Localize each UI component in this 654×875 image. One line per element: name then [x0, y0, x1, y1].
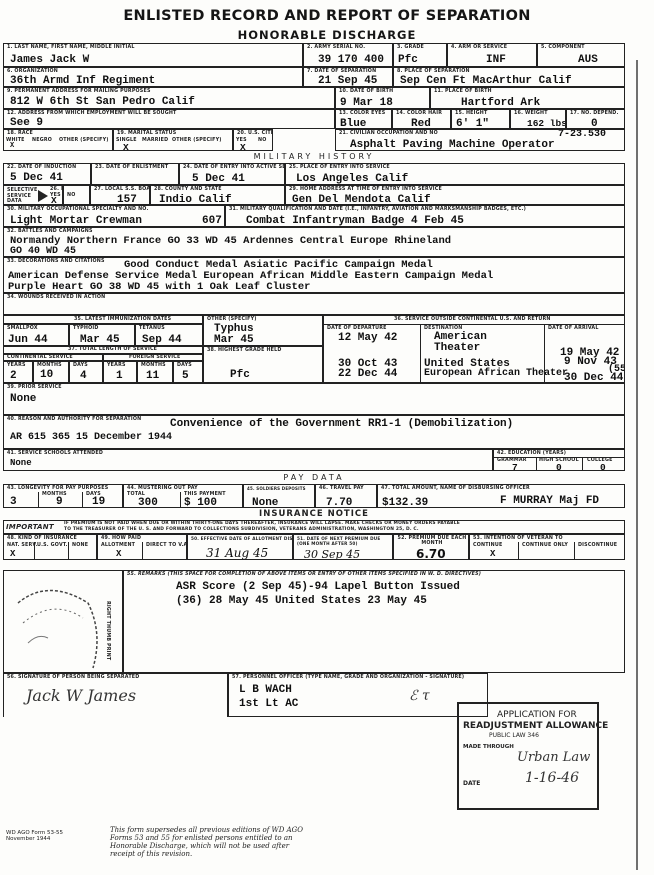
field-immunization-other: Other (specify) Typhus Mar 45 — [203, 315, 323, 346]
signature-person: Jack W James — [26, 686, 136, 705]
field-weight: 16. Weight 162 lbs. — [510, 109, 566, 129]
field-total-amount: 47. Total amount, name of disbursing off… — [377, 484, 625, 508]
field-serial-no: 2. Army serial no. 39 170 400 — [303, 43, 393, 67]
document-subtitle: HONORABLE DISCHARGE — [0, 28, 654, 42]
field-permanent-address: 9. Permanent address for mailing purpose… — [3, 87, 335, 109]
field-grade: 3. Grade Pfc — [393, 43, 447, 67]
field-intention: 53. Intention of veteran to Continue Con… — [469, 534, 625, 560]
field-reason-separation: 40. Reason and authority for separation … — [3, 415, 625, 449]
field-organization: 6. Organization 36th Armd Inf Regiment — [3, 67, 303, 87]
thumbprint-icon — [8, 573, 108, 673]
field-date-of-induction: 22. Date of induction 5 Dec 41 — [3, 163, 91, 185]
foreign-days: Days 5 — [173, 361, 203, 383]
immunization-header: 35. Latest immunization dates — [3, 315, 203, 324]
field-color-hair: 14. Color hair Red — [392, 109, 451, 129]
field-citizen: 20. U.S. Citizen Yes No X — [233, 129, 273, 151]
field-signature-person: 56. Signature of person being separated … — [3, 673, 228, 717]
field-date-of-separation: 7. Date of separation 21 Sep 45 — [303, 67, 393, 87]
field-service-schools: 41. Service schools attended None — [3, 449, 493, 471]
field-mustering-out: 44. Mustering out pay Total This payment… — [123, 484, 243, 508]
field-how-paid: 49. How paid Allotment Direct to V.A. X — [97, 534, 187, 560]
arrow-icon — [38, 190, 48, 202]
field-service-outside: 36. Service outside continental U.S. and… — [323, 315, 625, 383]
field-home-address-entry: 29. Home address at time of entry into s… — [285, 185, 625, 205]
field-soldiers-deposits: 45. Soldiers deposits None — [243, 484, 315, 508]
field-local-board: 27. Local S.S. board no. 157 — [90, 185, 150, 205]
officer-signature: ℰ τ — [409, 688, 430, 704]
field-education: 42. Education (Years) Grammar High Schoo… — [493, 449, 625, 471]
field-prior-service: 39. Prior service None — [3, 383, 625, 415]
supersedes-note: This form supersedes all previous editio… — [110, 826, 310, 858]
section-military-history: MILITARY HISTORY — [3, 152, 625, 161]
field-component: 5. Component AUS — [537, 43, 625, 67]
field-race: 18. Race White Negro Other (specify) X — [3, 129, 113, 151]
field-qualification: 31. Military qualification and date (i.e… — [225, 205, 625, 227]
foreign-header: Foreign service — [103, 354, 203, 361]
field-kind-insurance: 48. Kind of insurance Nat. Serv. U.S. Go… — [3, 534, 97, 560]
foreign-months: Months 11 — [137, 361, 173, 383]
field-premium: 52. Premium due each month 6.70 — [393, 534, 469, 560]
field-color-eyes: 13. Color eyes Blue — [335, 109, 392, 129]
field-height: 15. Height 6' 1" — [451, 109, 510, 129]
thumb-print-box: Right thumb print — [3, 570, 123, 673]
section-pay-data: PAY DATA — [3, 473, 625, 482]
field-wounds: 34. Wounds received in action — [3, 293, 625, 315]
field-arm-of-service: 4. Arm or service INF — [447, 43, 537, 67]
field-date-active-service: 24. Date of entry into active service 5 … — [179, 163, 285, 185]
field-dependents: 17. No. depend. 0 — [566, 109, 625, 129]
field-next-premium: 51. Date of next premium due (one month … — [293, 534, 393, 560]
cont-days: Days 4 — [69, 361, 103, 383]
field-longevity: 43. Longevity for pay purposes Months Da… — [3, 484, 123, 508]
field-mos: 30. Military occupational specialty and … — [3, 205, 225, 227]
section-insurance-notice: INSURANCE NOTICE — [3, 509, 625, 519]
field-marital-status: 19. Marital status Single Married Other … — [113, 129, 233, 151]
field-county-state: 28. County and state Indio Calif — [150, 185, 285, 205]
continental-header: Continental service — [3, 354, 103, 361]
field-place-of-entry: 25. Place of entry into service Los Ange… — [285, 163, 625, 185]
page-edge — [636, 60, 638, 870]
field-employment-address: 12. Address from which employment will b… — [3, 109, 335, 129]
field-highest-grade: 38. Highest grade held Pfc — [203, 346, 323, 383]
field-place-of-birth: 11. Place of birth Hartford Ark — [430, 87, 625, 109]
document-title: ENLISTED RECORD AND REPORT OF SEPARATION — [0, 8, 654, 24]
field-date-of-birth: 10. Date of birth 9 Mar 18 — [335, 87, 430, 109]
name-value: James Jack W — [10, 54, 89, 66]
cont-years: Years 2 — [3, 361, 33, 383]
field-battles: 32. Battles and campaigns Normandy North… — [3, 227, 625, 257]
field-civilian-occupation: 21. Civilian occupation and no 7-23.530 … — [335, 129, 625, 151]
readjustment-stamp: APPLICATION FOR READJUSTMENT ALLOWANCE P… — [457, 702, 599, 810]
field-personnel-officer: 57. Personnel officer (Type name, grade … — [228, 673, 488, 717]
field-typhoid: Typhoid Mar 45 — [69, 324, 135, 346]
selective-service-data: Selective Service Data 26. Registered Ye… — [3, 185, 63, 205]
total-service-header: 37. Total length of service — [3, 346, 203, 354]
foreign-years: Years 1 — [103, 361, 137, 383]
field-name: 1. Last name, first name, middle initial… — [3, 43, 303, 67]
form-id: WD AGO Form 53-55 November 1944 — [6, 830, 76, 842]
registered-no: No — [63, 185, 90, 205]
field-date-of-enlistment: 23. Date of enlistment — [91, 163, 179, 185]
field-place-of-separation: 8. Place of separation Sep Cen Ft MacArt… — [393, 67, 625, 87]
field-effective-date: 50. Effective date of allotment disconti… — [187, 534, 293, 560]
field-travel-pay: 46. Travel pay 7.70 — [315, 484, 377, 508]
cont-months: Months 10 — [33, 361, 69, 383]
field-decorations: 33. Decorations and citations Good Condu… — [3, 257, 625, 293]
insurance-notice-text: IMPORTANT IF PREMIUM IS NOT PAID WHEN DU… — [3, 520, 625, 534]
field-remarks: 55. Remarks (This space for completion o… — [123, 570, 625, 673]
field-smallpox: Smallpox Jun 44 — [3, 324, 69, 346]
field-tetanus: Tetanus Sep 44 — [135, 324, 203, 346]
